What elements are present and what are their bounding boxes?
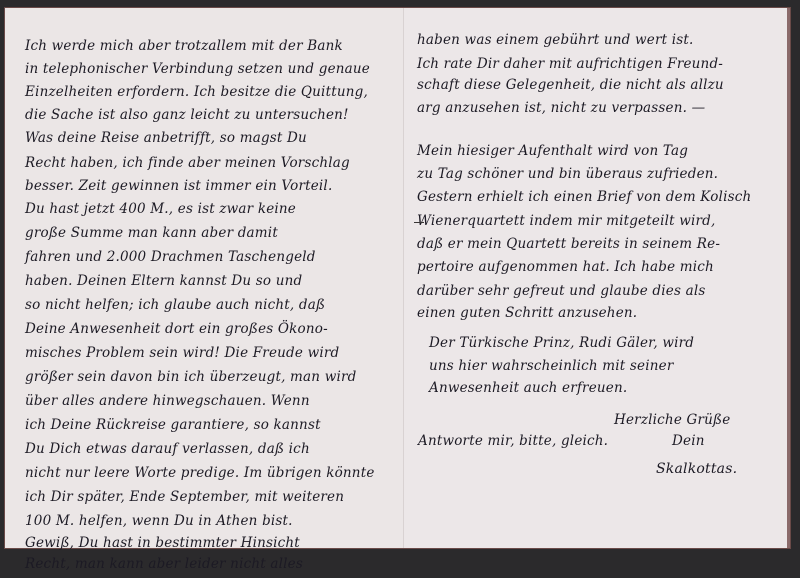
letter-line: nicht nur leere Worte predige. Im übrige… [25,465,375,481]
letter-line: Ich werde mich aber trotzallem mit der B… [25,38,343,54]
letter-line: fahren und 2.000 Drachmen Taschengeld [25,249,316,265]
letter-line: über alles andere hinwegschauen. Wenn [25,393,310,409]
letter-line: Gestern erhielt ich einen Brief von dem … [417,189,751,205]
letter-line: pertoire aufgenommen hat. Ich habe mich [417,259,714,275]
letter-line: so nicht helfen; ich glaube auch nicht, … [25,297,325,313]
letter-line: daß er mein Quartett bereits in seinem R… [417,236,720,252]
letter-line: Wienerquartett indem mir mitgeteilt wird… [417,213,715,229]
letter-line: in telephonischer Verbindung setzen und … [25,61,370,77]
letter-sheet: Ich werde mich aber trotzallem mit der B… [5,8,790,548]
letter-line: haben was einem gebührt und wert ist. [417,32,694,48]
margin-dash [414,222,424,223]
letter-line: größer sein davon bin ich überzeugt, man… [25,369,356,385]
letter-line: Recht, man kann aber leider nicht alles [25,556,303,572]
closing-greeting: Herzliche Grüße [614,412,730,428]
letter-line: misches Problem sein wird! Die Freude wi… [25,345,339,361]
letter-line: Du hast jetzt 400 M., es ist zwar keine [25,201,296,217]
letter-line: zu Tag schöner und bin überaus zufrieden… [417,166,718,182]
letter-line: Du Dich etwas darauf verlassen, daß ich [25,441,310,457]
letter-line: 100 M. helfen, wenn Du in Athen bist. [25,513,293,529]
letter-line: einen guten Schritt anzusehen. [417,305,637,321]
letter-line: Deine Anwesenheit dort ein großes Ökono- [25,321,328,337]
postscript: Antworte mir, bitte, gleich. [418,433,608,449]
letter-line: haben. Deinen Eltern kannst Du so und [25,273,302,289]
letter-line: große Summe man kann aber damit [25,225,278,241]
letter-line: die Sache ist also ganz leicht zu unters… [25,107,349,123]
letter-line: darüber sehr gefreut und glaube dies als [417,283,705,299]
letter-line: ich Deine Rückreise garantiere, so kanns… [25,417,321,433]
valediction: Dein [672,433,705,449]
letter-line: Gewiß, Du hast in bestimmter Hinsicht [25,535,300,551]
paper-edge [787,8,790,548]
left-page: Ich werde mich aber trotzallem mit der B… [5,8,403,548]
letter-line: uns hier wahrscheinlich mit seiner [429,358,673,374]
letter-line: Mein hiesiger Aufenthalt wird von Tag [417,143,688,159]
letter-line: schaft diese Gelegenheit, die nicht als … [417,77,724,93]
letter-line: Anwesenheit auch erfreuen. [429,380,627,396]
letter-line: arg anzusehen ist, nicht zu verpassen. — [417,100,705,116]
signature: Skalkottas. [656,461,737,477]
letter-line: Einzelheiten erfordern. Ich besitze die … [25,84,368,100]
letter-line: ich Dir später, Ende September, mit weit… [25,489,344,505]
right-page: haben was einem gebührt und wert ist. Ic… [404,8,790,548]
letter-line: Der Türkische Prinz, Rudi Gäler, wird [429,335,694,351]
letter-line: Recht haben, ich finde aber meinen Vorsc… [25,155,350,171]
letter-line: Was deine Reise anbetrifft, so magst Du [25,130,307,146]
letter-line: besser. Zeit gewinnen ist immer ein Vort… [25,178,332,194]
letter-line: Ich rate Dir daher mit aufrichtigen Freu… [417,56,723,72]
